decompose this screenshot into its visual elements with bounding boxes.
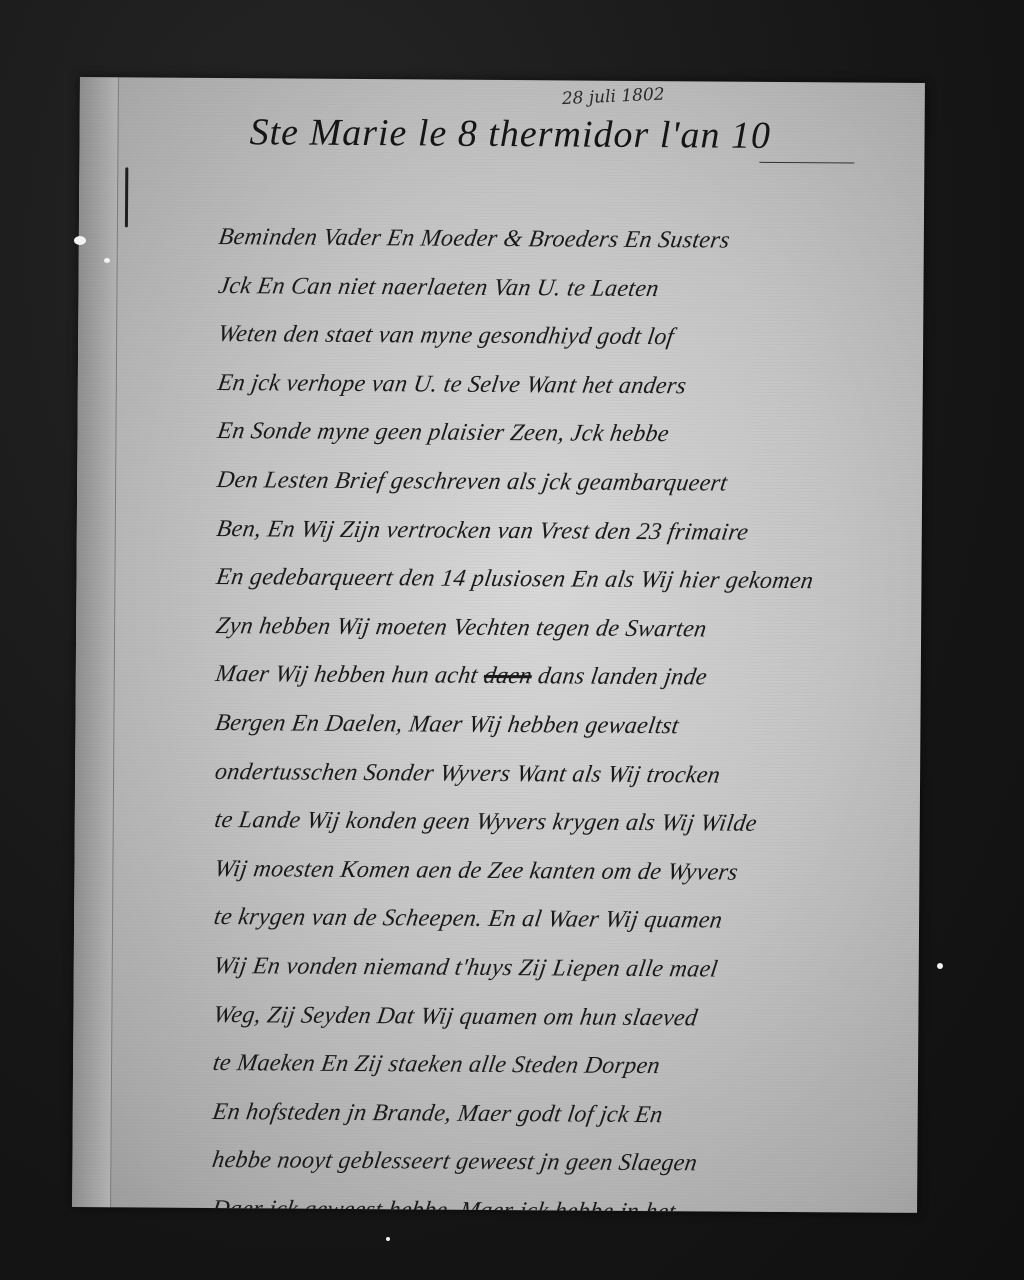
scan-background: 28 juli 1802 Ste Marie le 8 thermidor l'… bbox=[0, 0, 1024, 1280]
letter-line: Maer Wij hebben hun acht daen dans lande… bbox=[212, 650, 899, 703]
letter-line: Wij moesten Komen aen de Zee kanten om d… bbox=[211, 845, 898, 898]
letter-line: En gedebarqueert den 14 plusiosen En als… bbox=[213, 553, 900, 606]
letter-line: En hofsteden jn Brande, Maer godt lof jc… bbox=[209, 1088, 896, 1141]
letter-line: Beminden Vader En Moeder & Broeders En S… bbox=[215, 213, 902, 266]
scan-artifact bbox=[386, 1237, 390, 1241]
archive-date-annotation: 28 juli 1802 bbox=[561, 84, 665, 109]
letter-line: te Maeken En Zij staeken alle Steden Dor… bbox=[209, 1039, 896, 1092]
margin-mark bbox=[125, 167, 128, 227]
letter-line: Ben, En Wij Zijn vertrocken van Vrest de… bbox=[213, 505, 900, 558]
letter-line: ondertusschen Sonder Wyvers Want als Wij… bbox=[212, 748, 899, 801]
letter-line: Jck En Can niet naerlaeten Van U. te Lae… bbox=[215, 262, 902, 315]
letter-line: Weten den staet van myne gesondhiyd godt… bbox=[215, 310, 902, 363]
struck-word: daen bbox=[482, 663, 534, 689]
letter-line: hebbe nooyt geblesseert geweest jn geen … bbox=[209, 1136, 896, 1189]
scan-artifact bbox=[937, 963, 943, 969]
letter-line: Bergen En Daelen, Maer Wij hebben gewael… bbox=[212, 699, 899, 752]
letter-line: Wij En vonden niemand t'huys Zij Liepen … bbox=[210, 942, 897, 995]
letter-page: 28 juli 1802 Ste Marie le 8 thermidor l'… bbox=[72, 77, 925, 1213]
letter-line: Weg, Zij Seyden Dat Wij quamen om hun sl… bbox=[210, 991, 897, 1044]
letter-line: te krygen van de Scheepen. En al Waer Wi… bbox=[211, 893, 898, 946]
heading-underline bbox=[759, 162, 854, 164]
letter-line: te Lande Wij konden geen Wyvers krygen a… bbox=[211, 796, 898, 849]
letter-line: Den Lesten Brief geschreven als jck geam… bbox=[214, 456, 901, 509]
letter-body: Beminden Vader En Moeder & Broeders En S… bbox=[212, 213, 899, 1213]
letter-line: En jck verhope van U. te Selve Want het … bbox=[214, 359, 901, 412]
letter-heading: Ste Marie le 8 thermidor l'an 10 bbox=[249, 110, 771, 158]
scan-artifact bbox=[74, 236, 86, 245]
scan-artifact bbox=[104, 258, 110, 263]
letter-line: En Sonde myne geen plaisier Zeen, Jck he… bbox=[214, 407, 901, 460]
letter-line: Daer jck geweest hebbe, Maer jck hebbe j… bbox=[208, 1185, 895, 1213]
letter-line: Zyn hebben Wij moeten Vechten tegen de S… bbox=[213, 602, 900, 655]
